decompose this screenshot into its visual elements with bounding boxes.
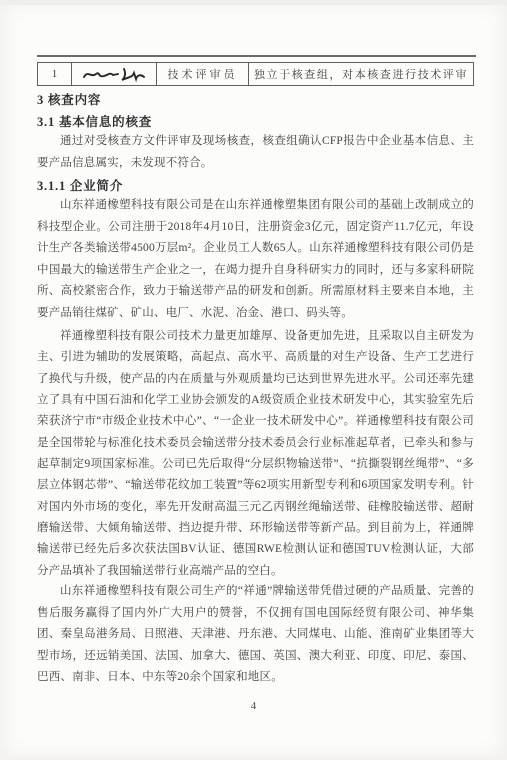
reviewer-table: 1 技术评审员 独立于核查组，对本核查进行技术评审 <box>37 62 474 86</box>
scan-edge-bottom <box>0 756 507 760</box>
table-top-rule <box>37 55 476 57</box>
reviewer-role: 技术评审员 <box>157 63 249 85</box>
document-page: 1 技术评审员 独立于核查组，对本核查进行技术评审 3 核查内容 3.1 基本信… <box>0 0 507 760</box>
company-intro-paragraph-3: 山东祥通橡塑科技有限公司生产的“祥通”牌输送带凭借过硬的产品质量、完善的售后服务… <box>37 581 474 689</box>
section-3-1-1-title: 3.1.1 企业简介 <box>37 176 474 194</box>
company-intro-paragraph-2: 祥通橡塑科技有限公司技术力量更加雄厚、设备更加先进，且采取以自主研发为主、引进为… <box>37 326 474 582</box>
scan-edge-top <box>0 0 507 5</box>
reviewer-row-index: 1 <box>38 63 72 85</box>
section-3-title: 3 核查内容 <box>37 90 474 108</box>
page-number: 4 <box>0 700 507 712</box>
signature-image <box>81 65 147 83</box>
reviewer-duty: 独立于核查组，对本核查进行技术评审 <box>249 63 473 85</box>
section-3-1-paragraph: 通过对受核查方文件评审及现场核查，核查组确认CFP报告中企业基本信息、主要产品信… <box>37 131 474 174</box>
section-3-1-title: 3.1 基本信息的核查 <box>37 112 474 130</box>
company-intro-paragraph-1: 山东祥通橡塑科技有限公司是在山东祥通橡塑集团有限公司的基础上改制成立的科技型企业… <box>37 195 474 325</box>
reviewer-signature-cell <box>72 63 157 85</box>
